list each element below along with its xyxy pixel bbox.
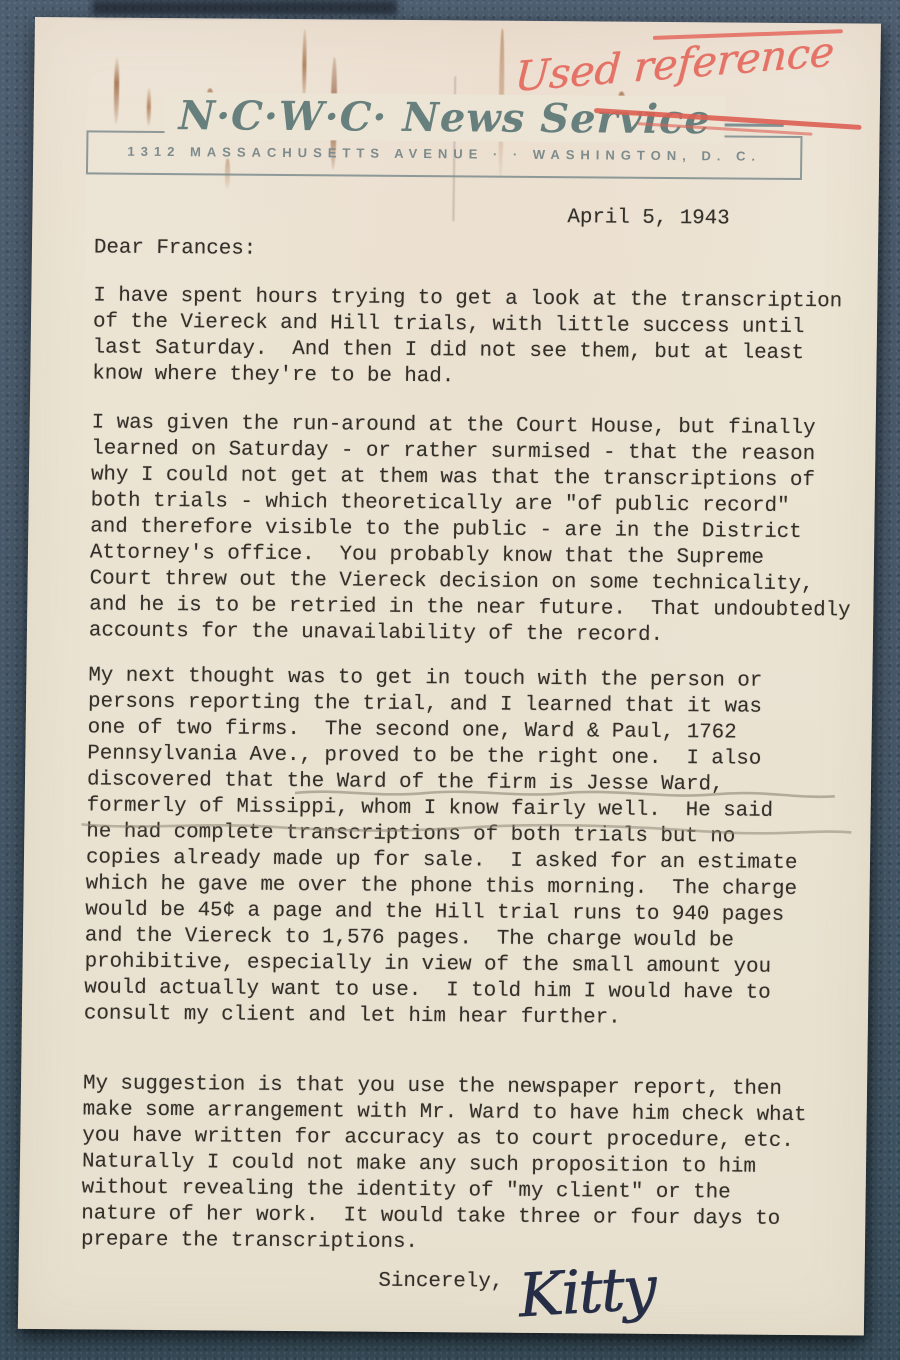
rust-stain — [302, 29, 307, 101]
photo-background: 1312 MASSACHUSETTS AVENUE · · WASHINGTON… — [0, 0, 900, 1360]
letter-paragraph-2: I was given the run-around at the Court … — [89, 410, 853, 650]
letter-paper: 1312 MASSACHUSETTS AVENUE · · WASHINGTON… — [18, 17, 881, 1336]
letter-date: April 5, 1943 — [567, 205, 730, 232]
letter-paragraph-3: My next thought was to get in touch with… — [84, 663, 800, 1033]
letter-salutation: Dear Frances: — [94, 235, 257, 262]
letter-paragraph-4: My suggestion is that you use the newspa… — [81, 1071, 807, 1259]
shadow-band — [92, 0, 397, 15]
letterhead-organization-text: N·C·W·C· News Service — [164, 92, 725, 143]
handwritten-signature: Kitty — [516, 1253, 656, 1331]
letter-paragraph-1: I have spent hours trying to get a look … — [92, 283, 842, 393]
letter-closing: Sincerely, — [378, 1269, 503, 1296]
